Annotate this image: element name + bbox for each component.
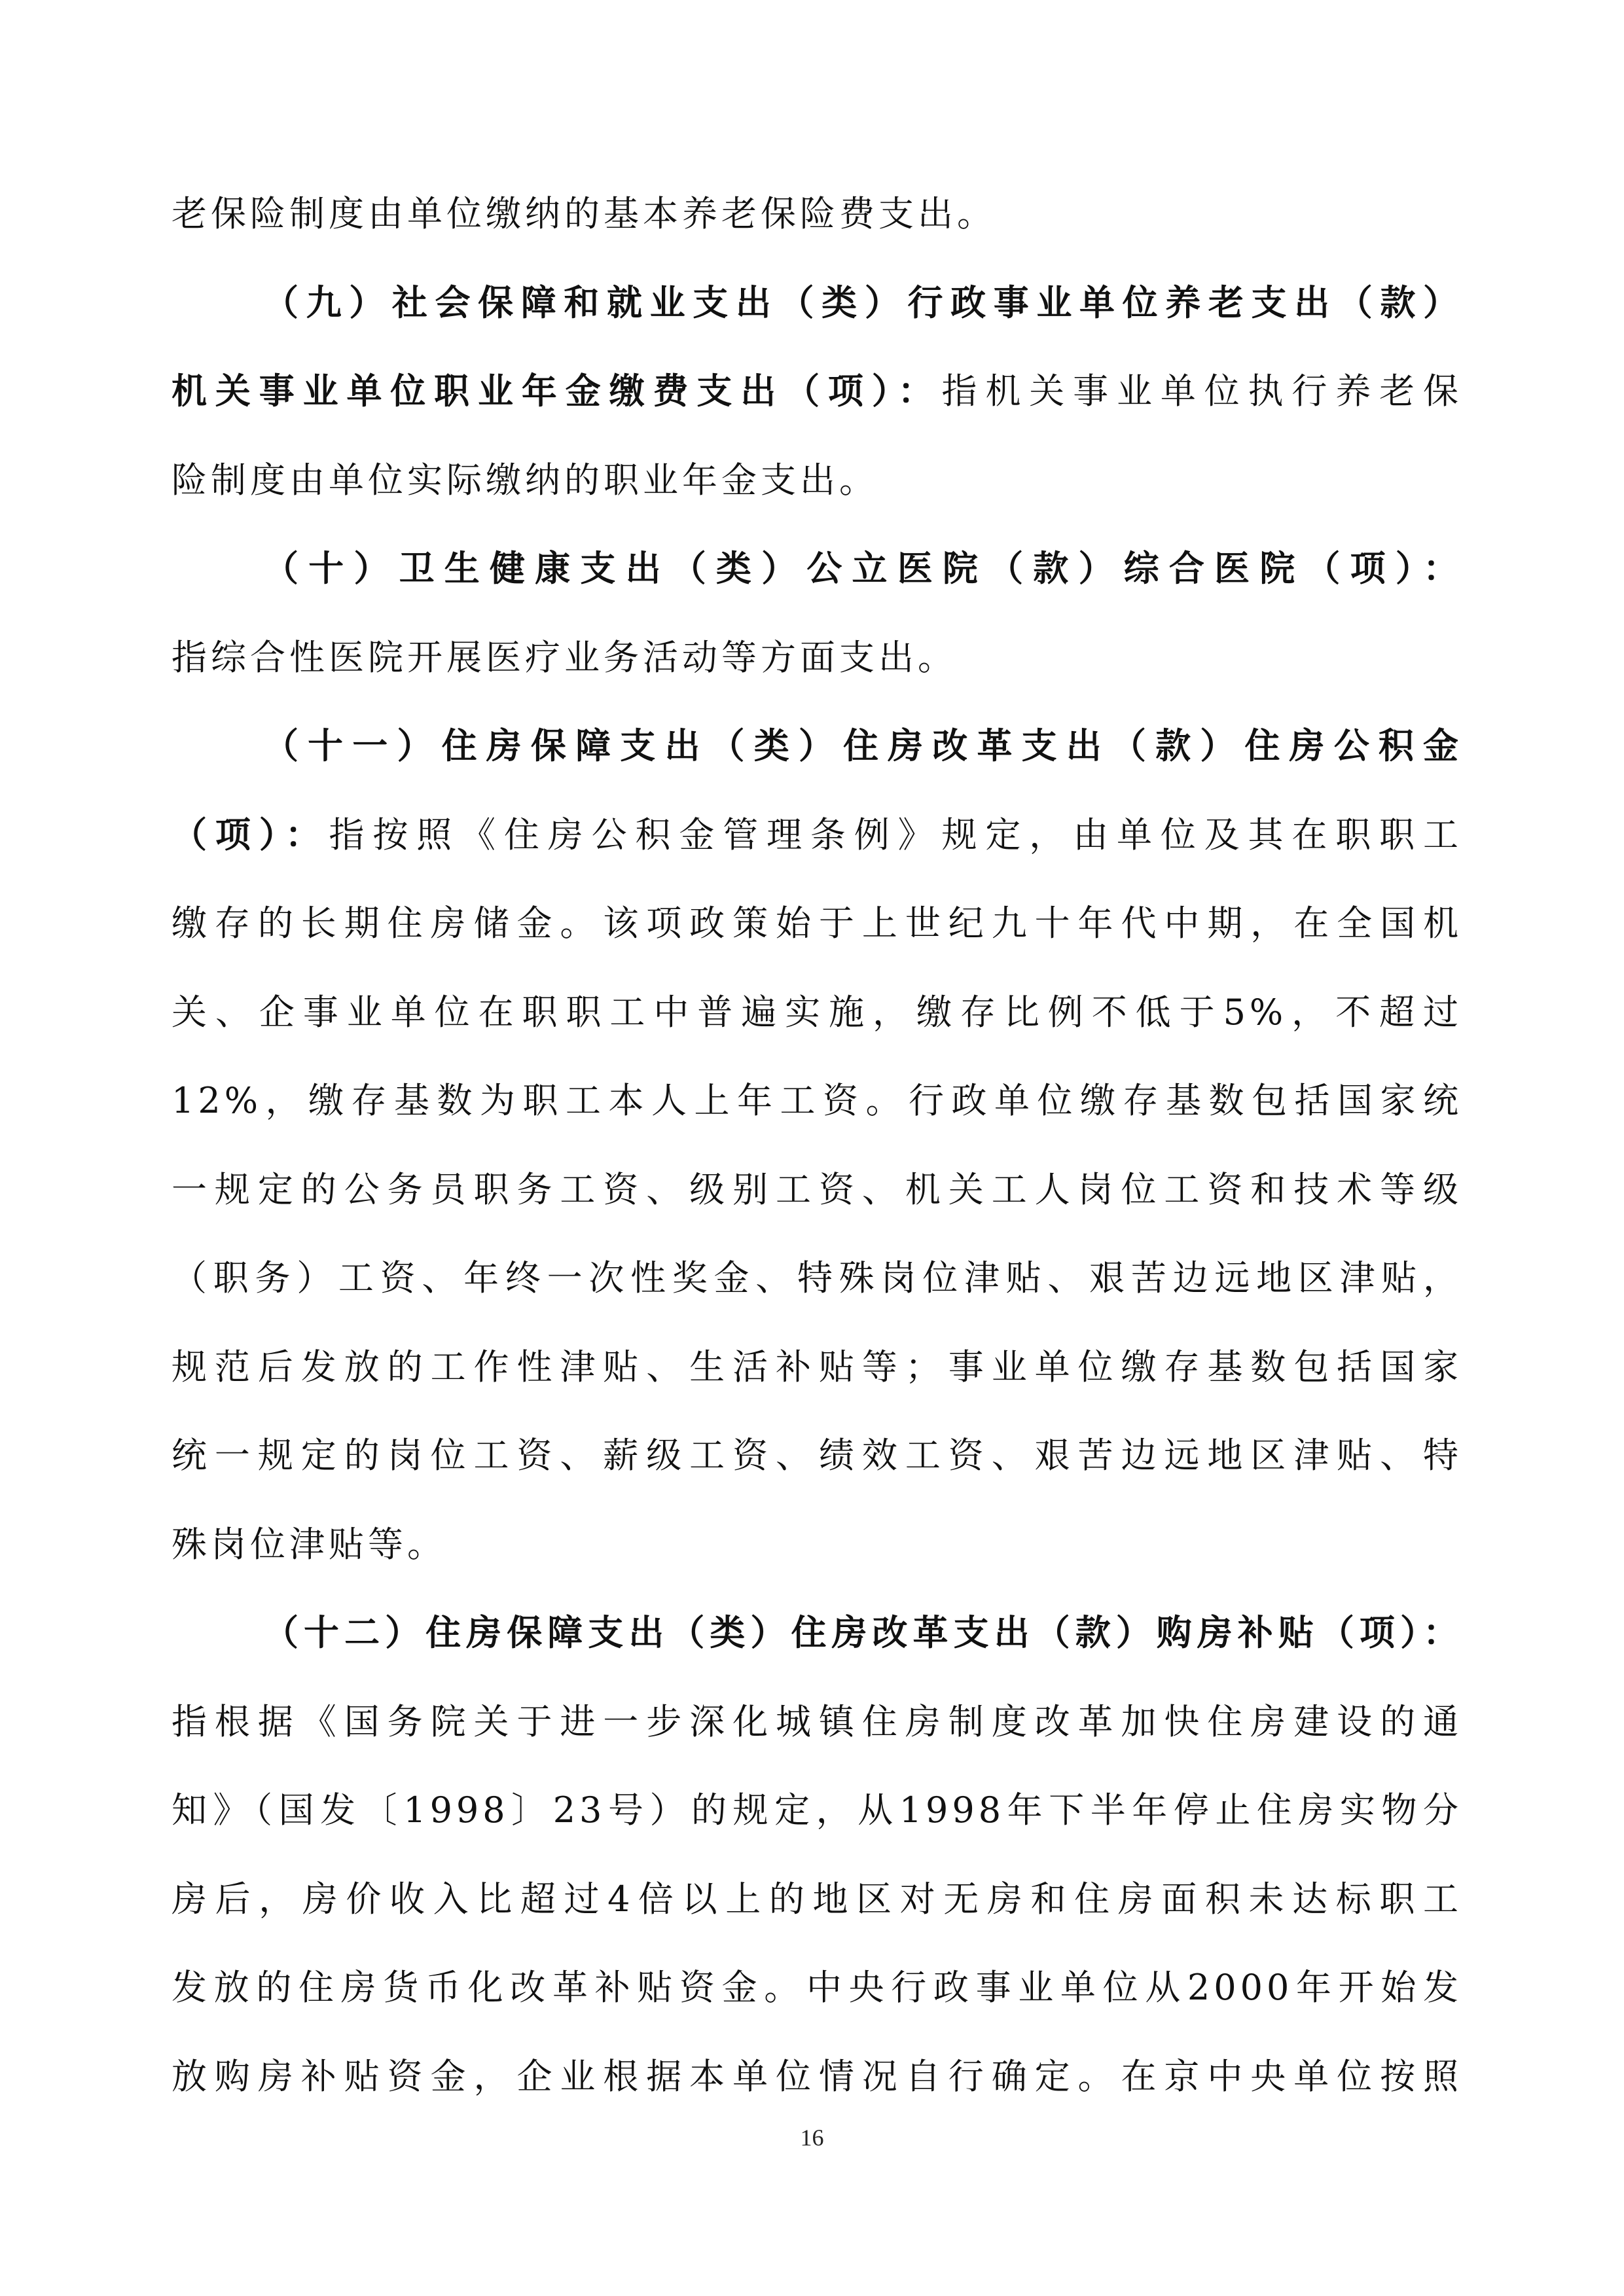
paragraph-line: 12%，缴存基数为职工本人上年工资。行政单位缴存基数包括国家统 [171,1078,1462,1167]
body-text: 12%，缴存基数为职工本人上年工资。行政单位缴存基数包括国家统 [171,1080,1462,1121]
body-text: 指根据《国务院关于进一步深化城镇住房制度改革加快住房建设的通 [171,1701,1462,1742]
paragraph-line: 指综合性医院开展医疗业务活动等方面支出。 [171,635,1462,724]
body-text: 发放的住房货币化改革补贴资金。中央行政事业单位从2000年开始发 [171,1967,1462,2008]
paragraph-line: 规范后发放的工作性津贴、生活补贴等；事业单位缴存基数包括国家 [171,1344,1462,1433]
heading-text: （十二）住房保障支出（类）住房改革支出（款）购房补贴（项）： [263,1612,1462,1653]
body-text: 指综合性医院开展医疗业务活动等方面支出。 [171,637,957,678]
paragraph-line: 关、企事业单位在职职工中普遍实施，缴存比例不低于5%，不超过 [171,990,1462,1079]
section-heading-11: （十一）住房保障支出（类）住房改革支出（款）住房公积金 [171,723,1462,812]
heading-text: （十一）住房保障支出（类）住房改革支出（款）住房公积金 [263,725,1462,766]
body-text: 关、企事业单位在职职工中普遍实施，缴存比例不低于5%，不超过 [171,992,1462,1033]
heading-text: （九）社会保障和就业支出（类）行政事业单位养老支出（款） [263,282,1462,323]
document-page: 老保险制度由单位缴纳的基本养老保险费支出。 （九）社会保障和就业支出（类）行政事… [171,191,1462,2142]
body-text: 规范后发放的工作性津贴、生活补贴等；事业单位缴存基数包括国家 [171,1346,1462,1388]
section-heading-9: （九）社会保障和就业支出（类）行政事业单位养老支出（款） [171,280,1462,369]
body-text: 统一规定的岗位工资、薪级工资、绩效工资、艰苦边远地区津贴、特 [171,1435,1462,1476]
body-text: 殊岗位津贴等。 [171,1524,446,1565]
paragraph-line: （项）：指按照《住房公积金管理条例》规定，由单位及其在职职工 [171,812,1462,901]
body-text: 房后，房价收入比超过4倍以上的地区对无房和住房面积未达标职工 [171,1878,1462,1920]
paragraph-line: 险制度由单位实际缴纳的职业年金支出。 [171,457,1462,547]
section-heading-12: （十二）住房保障支出（类）住房改革支出（款）购房补贴（项）： [171,1610,1462,1699]
body-text: 一规定的公务员职务工资、级别工资、机关工人岗位工资和技术等级 [171,1169,1462,1210]
heading-text: （十）卫生健康支出（类）公立医院（款）综合医院（项）： [263,548,1462,589]
paragraph-line: 知》（国发〔1998〕23号）的规定，从1998年下半年停止住房实物分 [171,1787,1462,1876]
body-text: 放购房补贴资金，企业根据本单位情况自行确定。在京中央单位按照 [171,2056,1462,2097]
paragraph-line: 殊岗位津贴等。 [171,1522,1462,1611]
heading-text: （项）： [171,814,329,855]
paragraph-line: 发放的住房货币化改革补贴资金。中央行政事业单位从2000年开始发 [171,1965,1462,2054]
body-text: 知》（国发〔1998〕23号）的规定，从1998年下半年停止住房实物分 [171,1789,1462,1831]
body-text: 险制度由单位实际缴纳的职业年金支出。 [171,459,878,501]
paragraph-line: 一规定的公务员职务工资、级别工资、机关工人岗位工资和技术等级 [171,1167,1462,1256]
page-number: 16 [0,2124,1624,2151]
body-text: 指机关事业单位执行养老保 [942,370,1462,412]
body-text: 缴存的长期住房储金。该项政策始于上世纪九十年代中期，在全国机 [171,903,1462,944]
paragraph-line: 统一规定的岗位工资、薪级工资、绩效工资、艰苦边远地区津贴、特 [171,1433,1462,1522]
paragraph-line: 缴存的长期住房储金。该项政策始于上世纪九十年代中期，在全国机 [171,901,1462,990]
body-text: 老保险制度由单位缴纳的基本养老保险费支出。 [171,193,996,234]
paragraph-line: 机关事业单位职业年金缴费支出（项）：指机关事业单位执行养老保 [171,368,1462,457]
paragraph-line: （职务）工资、年终一次性奖金、特殊岗位津贴、艰苦边远地区津贴， [171,1255,1462,1344]
section-heading-10: （十）卫生健康支出（类）公立医院（款）综合医院（项）： [171,546,1462,635]
body-text: 指按照《住房公积金管理条例》规定，由单位及其在职职工 [329,814,1462,855]
paragraph-line: 指根据《国务院关于进一步深化城镇住房制度改革加快住房建设的通 [171,1699,1462,1788]
heading-text: 机关事业单位职业年金缴费支出（项）： [171,370,942,412]
paragraph-line: 老保险制度由单位缴纳的基本养老保险费支出。 [171,191,1462,280]
paragraph-line: 房后，房价收入比超过4倍以上的地区对无房和住房面积未达标职工 [171,1876,1462,1965]
body-text: （职务）工资、年终一次性奖金、特殊岗位津贴、艰苦边远地区津贴， [171,1257,1462,1299]
